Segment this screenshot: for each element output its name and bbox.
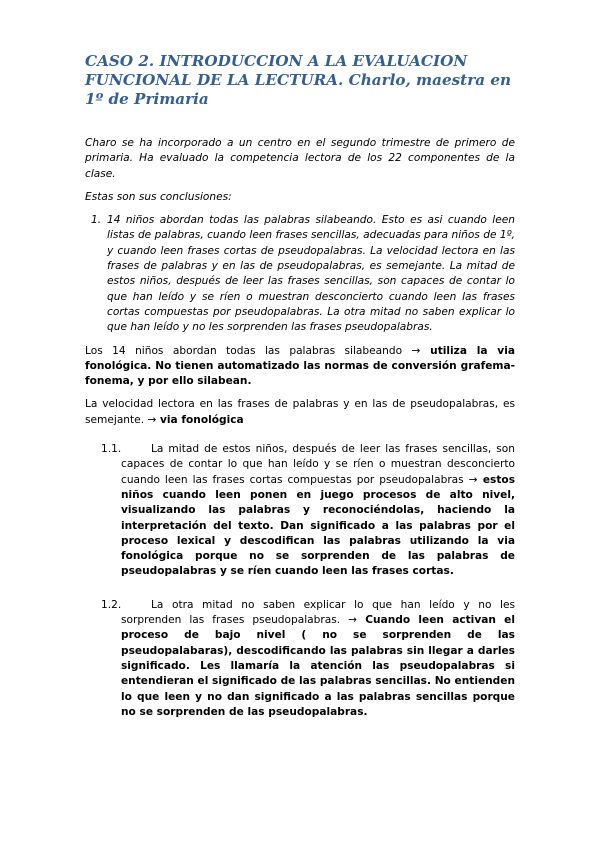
sub-item-text: La mitad de estos niños, después de leer… — [121, 443, 515, 486]
arrow-right-icon: → — [469, 474, 478, 486]
document-page: CASO 2. INTRODUCCION A LA EVALUACION FUN… — [85, 52, 515, 738]
analysis-paragraph-1: Los 14 niños abordan todas las palabras … — [85, 344, 515, 390]
sub-item-number: 1.1. — [101, 442, 151, 457]
analysis-paragraph-2: La velocidad lectora en las frases de pa… — [85, 397, 515, 428]
conclusions-label: Estas son sus conclusiones: — [85, 190, 515, 205]
sub-item-bold: Cuando leen activan el proceso de bajo n… — [121, 614, 515, 718]
document-title: CASO 2. INTRODUCCION A LA EVALUACION FUN… — [85, 52, 515, 109]
intro-paragraph: Charo se ha incorporado a un centro en e… — [85, 136, 515, 182]
sub-item-bold: estos niños cuando leen ponen en juego p… — [121, 474, 515, 578]
analysis-1-text: Los 14 niños abordan todas las palabras … — [85, 345, 412, 357]
analysis-2-bold: via fonológica — [156, 414, 243, 426]
list-item-number: 1. — [91, 213, 101, 228]
arrow-right-icon: → — [348, 614, 357, 626]
conclusions-list: 1. 14 niños abordan todas las palabras s… — [85, 213, 515, 335]
sub-item-1-2: 1.2.La otra mitad no saben explicar lo q… — [101, 598, 515, 720]
sub-item-1-1: 1.1.La mitad de estos niños, después de … — [101, 442, 515, 580]
arrow-right-icon: → — [147, 414, 156, 426]
list-item-text: 14 niños abordan todas las palabras sila… — [107, 214, 515, 333]
sub-item-number: 1.2. — [101, 598, 151, 613]
list-item: 1. 14 niños abordan todas las palabras s… — [107, 213, 515, 335]
